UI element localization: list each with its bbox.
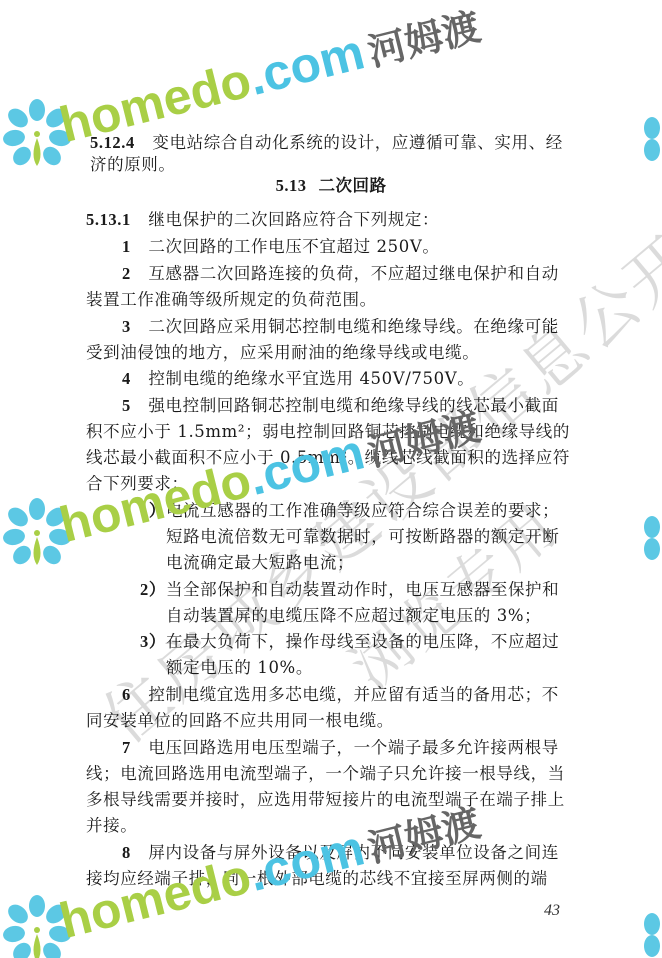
homedo-flower-logo-icon-mid-right [640, 497, 662, 567]
clause-text: 变电站综合自动化系统的设计，应遵循可靠、实用、经 [152, 133, 562, 152]
subitem-1-cont-2: 电流确定最大短路电流； [166, 553, 354, 573]
clause-number: 5.12.4 [90, 133, 135, 152]
item-5-cont-1: 积不应小于 1.5mm²；弱电控制回路铜芯控制电缆和绝缘导线的 [86, 422, 570, 442]
subitem-2: 2）当全部保护和自动装置动作时，电压互感器至保护和 [140, 580, 559, 600]
item-number: 3 [122, 317, 131, 336]
document-page: 住房城乡建设部信息公开 浏览专用 5.12.4 变电站综合自动化系统的设计，应遵… [0, 0, 662, 958]
item-number: 2 [122, 264, 131, 283]
subitem-text: 当全部保护和自动装置动作时，电压互感器至保护和 [166, 580, 559, 599]
subitem-3-cont: 额定电压的 10%。 [166, 658, 313, 678]
item-number: 7 [122, 738, 131, 757]
section-heading: 5.13二次回路 [0, 172, 662, 196]
item-6-cont: 同安装单位的回路不应共用同一根电缆。 [86, 711, 394, 731]
item-2-cont: 装置工作准确等级所规定的负荷范围。 [86, 290, 377, 310]
item-number: 1 [122, 237, 131, 256]
item-3: 3 二次回路应采用铜芯控制电缆和绝缘导线。在绝缘可能 [122, 317, 559, 337]
item-3-cont: 受到油侵蚀的地方，应采用耐油的绝缘导线或电缆。 [86, 343, 479, 363]
page-number: 43 [544, 902, 560, 920]
item-number: 5 [122, 396, 131, 415]
clause-5-13-1: 5.13.1 继电保护的二次回路应符合下列规定： [86, 210, 439, 230]
item-7-cont-3: 并接。 [86, 816, 137, 836]
item-5-cont-2: 线芯最小截面积不应小于 0.5mm²。缆线芯线截面积的选择应符 [86, 448, 570, 468]
item-text: 控制电缆宜选用多芯电缆，并应留有适当的备用芯；不 [148, 685, 558, 704]
item-2: 2 互感器二次回路连接的负荷，不应超过继电保护和自动 [122, 264, 559, 284]
subitem-text: 在最大负荷下，操作母线至设备的电压降，不应超过 [166, 632, 559, 651]
clause-5-12-4-line1: 5.12.4 变电站综合自动化系统的设计，应遵循可靠、实用、经 [90, 133, 563, 153]
item-7-cont-2: 多根导线需要并接时，应选用带短接片的电流型端子在端子排上 [86, 790, 565, 810]
subitem-1-cont-1: 短路电流倍数无可靠数据时，可按断路器的额定开断 [166, 527, 559, 547]
item-6: 6 控制电缆宜选用多芯电缆，并应留有适当的备用芯；不 [122, 685, 559, 705]
clause-text: 继电保护的二次回路应符合下列规定： [148, 210, 439, 229]
item-8: 8 屏内设备与屏外设备以及屏内不同安装单位设备之间连 [122, 843, 559, 863]
clause-number: 5.13.1 [86, 210, 131, 229]
item-7: 7 电压回路选用电压型端子，一个端子最多允许接两根导 [122, 738, 559, 758]
item-text: 二次回路应采用铜芯控制电缆和绝缘导线。在绝缘可能 [148, 317, 558, 336]
homedo-flower-logo-icon-right [640, 98, 662, 168]
item-text: 控制电缆的绝缘水平宜选用 450V/750V。 [148, 369, 474, 388]
subitem-number: 3） [140, 632, 166, 651]
item-text: 二次回路的工作电压不宜超过 250V。 [148, 237, 439, 256]
subitem-number: 2） [140, 580, 166, 599]
homedo-watermark-top: homedo.com 河姆渡 [54, 0, 486, 154]
homedo-flower-logo-icon-bottom-right [640, 894, 662, 958]
homedo-flower-logo-icon-bottom [2, 894, 72, 958]
subitem-3: 3）在最大负荷下，操作母线至设备的电压降，不应超过 [140, 632, 559, 652]
item-text: 电压回路选用电压型端子，一个端子最多允许接两根导 [148, 738, 558, 757]
item-text: 屏内设备与屏外设备以及屏内不同安装单位设备之间连 [148, 843, 558, 862]
item-1: 1 二次回路的工作电压不宜超过 250V。 [122, 237, 439, 257]
section-title-text: 二次回路 [318, 176, 386, 195]
subitem-2-cont: 自动装置屏的电缆压降不应超过额定电压的 3%； [166, 606, 541, 626]
section-number: 5.13 [276, 176, 307, 195]
item-number: 8 [122, 843, 131, 862]
item-8-cont: 接均应经端子排，同一根外部电缆的芯线不宜接至屏两侧的端 [86, 869, 548, 889]
item-text: 互感器二次回路连接的负荷，不应超过继电保护和自动 [148, 264, 558, 283]
homedo-flower-logo-icon-mid [2, 497, 72, 567]
item-text: 强电控制回路铜芯控制电缆和绝缘导线的线芯最小截面 [148, 396, 558, 415]
homedo-flower-logo-icon [2, 98, 72, 168]
subitem-text: 电流互感器的工作准确等级应符合综合误差的要求； [166, 501, 559, 520]
subitem-1: 1）电流互感器的工作准确等级应符合综合误差的要求； [140, 501, 559, 521]
item-number: 6 [122, 685, 131, 704]
subitem-number: 1） [140, 501, 166, 520]
item-5: 5 强电控制回路铜芯控制电缆和绝缘导线的线芯最小截面 [122, 396, 559, 416]
item-7-cont-1: 线；电流回路选用电流型端子，一个端子只允许接一根导线，当 [86, 764, 565, 784]
item-number: 4 [122, 369, 131, 388]
item-4: 4 控制电缆的绝缘水平宜选用 450V/750V。 [122, 369, 474, 389]
item-5-cont-3: 合下列要求： [86, 474, 189, 494]
